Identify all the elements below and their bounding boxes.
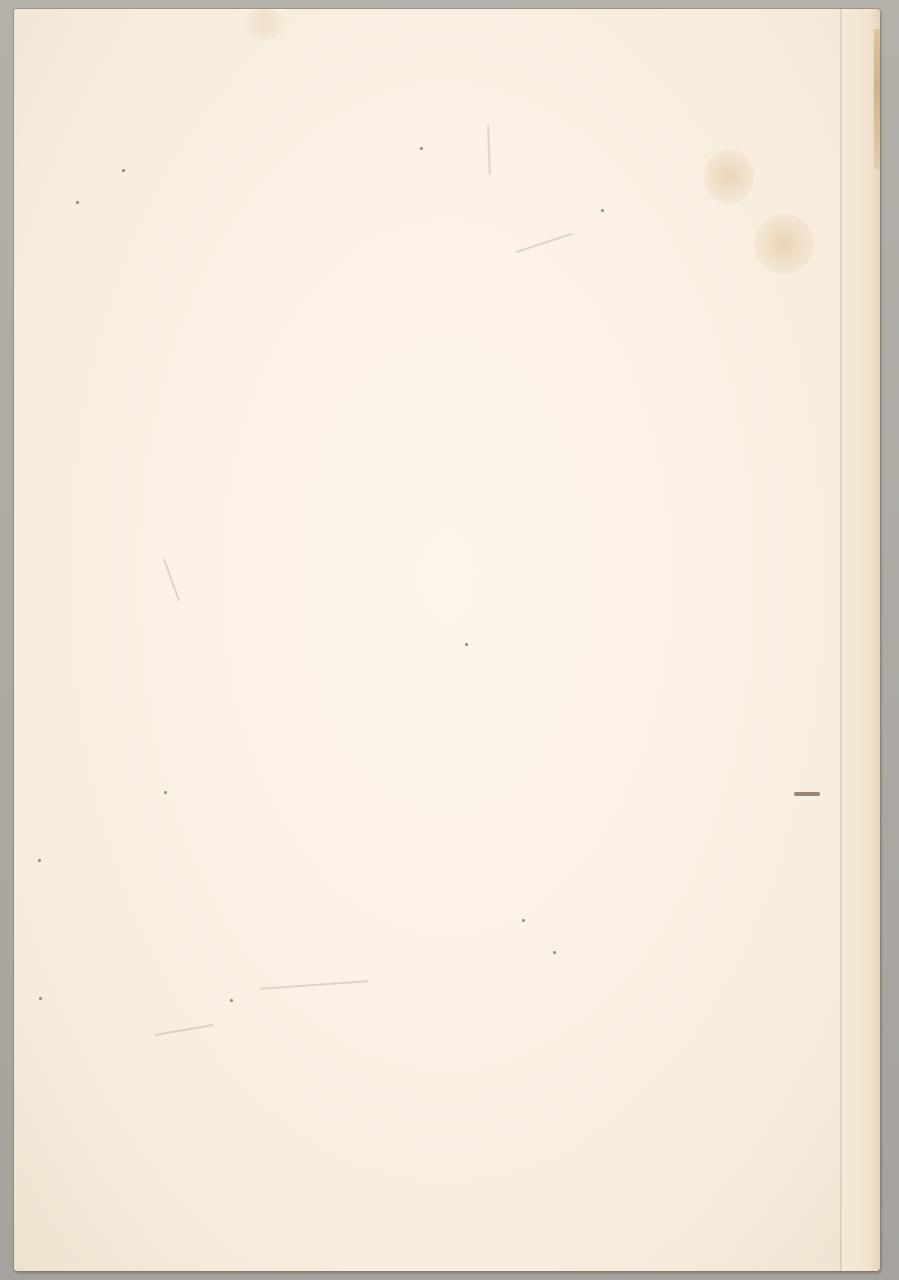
stain — [704, 149, 754, 204]
speck — [420, 147, 423, 150]
book-back-cover — [14, 9, 880, 1271]
tear-mark — [794, 792, 820, 796]
scuff-mark — [487, 125, 491, 175]
speck — [122, 169, 125, 172]
stain — [242, 9, 287, 39]
stain — [754, 214, 814, 274]
speck — [38, 859, 41, 862]
speck — [76, 201, 79, 204]
speck — [553, 951, 556, 954]
scuff-mark — [163, 559, 180, 602]
speck — [164, 791, 167, 794]
scuff-mark — [154, 1024, 213, 1036]
speck — [601, 209, 604, 212]
speck — [39, 997, 42, 1000]
scanner-background — [0, 0, 899, 1280]
spine-strip — [842, 9, 880, 1271]
speck — [230, 999, 233, 1002]
speck — [522, 919, 525, 922]
spine-edge-wear — [874, 29, 880, 169]
scuff-mark — [515, 233, 573, 253]
speck — [465, 643, 468, 646]
scuff-mark — [259, 980, 369, 990]
